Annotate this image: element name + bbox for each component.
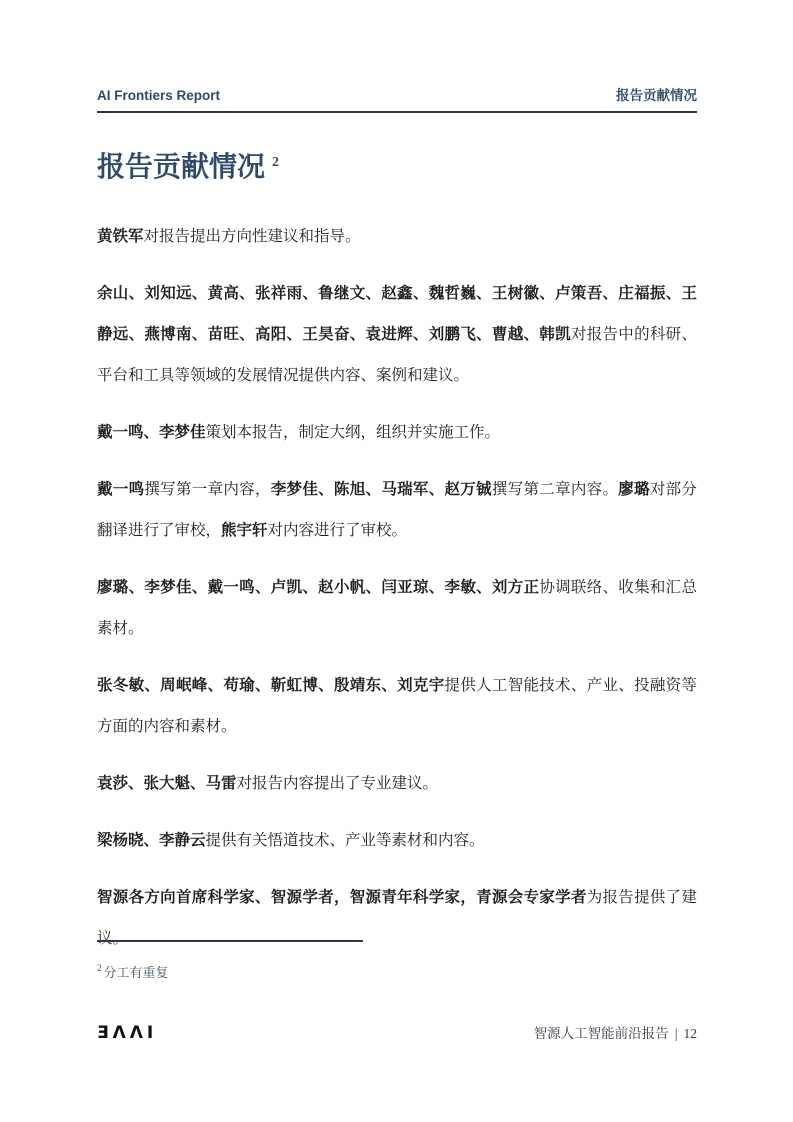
contributor-names: 袁莎、张大魁、马雷 [97, 775, 237, 792]
paragraph: 廖璐、李梦佳、戴一鸣、卢凯、赵小帆、闫亚琼、李敏、刘方正协调联络、收集和汇总素材… [97, 567, 697, 649]
title-footnote-ref: 2 [272, 155, 279, 170]
page-header: AI Frontiers Report 报告贡献情况 [97, 84, 697, 104]
contribution-paragraphs: 黄铁军对报告提出方向性建议和指导。余山、刘知远、黄高、张祥雨、鲁继文、赵鑫、魏哲… [97, 216, 697, 959]
footnote-marker: 2 [97, 963, 102, 973]
report-page: AI Frontiers Report 报告贡献情况 报告贡献情况2 黄铁军对报… [0, 0, 793, 1122]
contribution-description: 撰写第二章内容。 [492, 481, 618, 498]
contribution-description: 策划本报告，制定大纲，组织并实施工作。 [206, 424, 501, 441]
header-rule [97, 111, 697, 113]
paragraph: 余山、刘知远、黄高、张祥雨、鲁继文、赵鑫、魏哲巍、王树徽、卢策吾、庄福振、王静远… [97, 273, 697, 396]
contributor-names: 智源各方向首席科学家、智源学者，智源青年科学家，青源会专家学者 [97, 889, 587, 906]
contributor-names: 戴一鸣 [97, 481, 144, 498]
header-report-name: AI Frontiers Report [97, 88, 220, 103]
paragraph: 戴一鸣撰写第一章内容，李梦佳、陈旭、马瑞军、赵万铖撰写第二章内容。廖璐对部分翻译… [97, 469, 697, 551]
footnote-divider [97, 940, 363, 942]
baai-logo: ƎΛΛI [97, 1023, 157, 1043]
contribution-description: 对报告内容提出了专业建议。 [237, 775, 439, 792]
footer-page-number: 12 [684, 1026, 698, 1041]
paragraph: 张冬敏、周岷峰、苟瑜、靳虹博、殷靖东、刘克宇提供人工智能技术、产业、投融资等方面… [97, 665, 697, 747]
footer-report-title: 智源人工智能前沿报告|12 [534, 1022, 697, 1043]
contribution-description: 提供有关悟道技术、产业等素材和内容。 [206, 832, 485, 849]
contributor-names: 李梦佳、陈旭、马瑞军、赵万铖 [271, 481, 492, 498]
contributor-names: 张冬敏、周岷峰、苟瑜、靳虹博、殷靖东、刘克宇 [97, 677, 445, 694]
contributor-names: 戴一鸣、李梦佳 [97, 424, 206, 441]
contributor-names: 廖璐 [618, 481, 650, 498]
page-title-text: 报告贡献情况 [97, 152, 265, 183]
contributor-names: 廖璐、李梦佳、戴一鸣、卢凯、赵小帆、闫亚琼、李敏、刘方正 [97, 579, 539, 596]
contribution-description: 对内容进行了审校。 [268, 522, 408, 539]
paragraph: 梁杨晓、李静云提供有关悟道技术、产业等素材和内容。 [97, 820, 697, 861]
contributor-names: 黄铁军 [97, 228, 144, 245]
contributor-names: 熊宇轩 [221, 522, 268, 539]
page-title: 报告贡献情况2 [97, 145, 697, 186]
footnote-text: 分工有重复 [104, 965, 169, 980]
footer-report-name: 智源人工智能前沿报告 [534, 1026, 669, 1041]
paragraph: 戴一鸣、李梦佳策划本报告，制定大纲，组织并实施工作。 [97, 412, 697, 453]
page-footer: ƎΛΛI 智源人工智能前沿报告|12 [97, 1022, 697, 1043]
footnote: 2分工有重复 [97, 962, 169, 981]
contributor-names: 梁杨晓、李静云 [97, 832, 206, 849]
paragraph: 智源各方向首席科学家、智源学者，智源青年科学家，青源会专家学者为报告提供了建议。 [97, 877, 697, 959]
paragraph: 黄铁军对报告提出方向性建议和指导。 [97, 216, 697, 257]
footer-separator: | [675, 1027, 678, 1042]
contribution-description: 撰写第一章内容， [144, 481, 270, 498]
header-section-name: 报告贡献情况 [616, 84, 697, 104]
contribution-description: 对报告提出方向性建议和指导。 [144, 228, 361, 245]
paragraph: 袁莎、张大魁、马雷对报告内容提出了专业建议。 [97, 763, 697, 804]
